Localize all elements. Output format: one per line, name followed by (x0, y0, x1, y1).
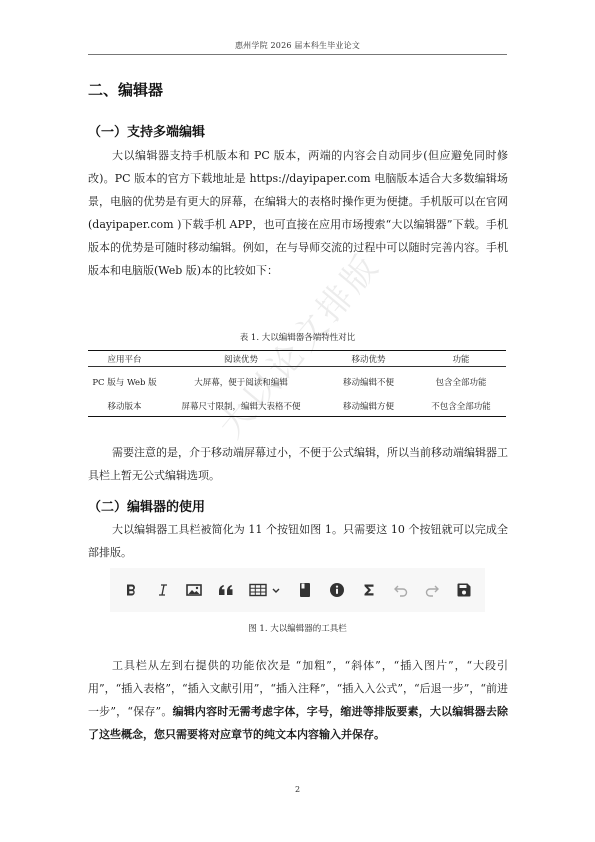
table-row: PC 版与 Web 版 大屏幕，便于阅读和编辑 移动编辑不便 包含全部功能 (88, 367, 506, 400)
subsection-heading-1: （一）支持多端编辑 (88, 121, 205, 140)
editor-toolbar-figure (110, 568, 485, 612)
table-row: 移动版本 屏幕尺寸限制，编辑大表格不便 移动编辑方便 不包含全部功能 (88, 399, 506, 417)
table-icon (247, 579, 285, 601)
table-cell: 移动版本 (88, 399, 161, 417)
table-cell: 移动编辑不便 (321, 367, 416, 400)
table-header-row: 应用平台 阅读优势 移动优势 功能 (88, 351, 506, 367)
running-header: 惠州学院 2026 届本科生毕业论文 (88, 40, 507, 51)
sigma-icon (358, 579, 380, 601)
subsection-heading-2: （二）编辑器的使用 (88, 496, 205, 515)
undo-icon (390, 579, 412, 601)
table-cell: 大屏幕，便于阅读和编辑 (161, 367, 321, 400)
table-cell: 不包含全部功能 (416, 399, 506, 417)
table-cell: 包含全部功能 (416, 367, 506, 400)
paragraph-toolbar-functions: 工具栏从左到右提供的功能依次是 “加粗”，“斜体”，“插入图片”，“大段引用”，… (88, 654, 508, 746)
page-number: 2 (88, 785, 507, 794)
info-icon (326, 579, 348, 601)
table-cell: 屏幕尺寸限制，编辑大表格不便 (161, 399, 321, 417)
table-header-cell: 阅读优势 (161, 351, 321, 367)
save-icon (453, 579, 475, 601)
table-cell: 移动编辑方便 (321, 399, 416, 417)
quote-icon (215, 579, 237, 601)
table-cell: PC 版与 Web 版 (88, 367, 161, 400)
bookmark-icon (294, 579, 316, 601)
paragraph-toolbar-intro: 大以编辑器工具栏被简化为 11 个按钮如图 1。只需要这 10 个按钮就可以完成… (88, 518, 508, 564)
paragraph-mobile-note: 需要注意的是，介于移动端屏幕过小，不便于公式编辑，所以当前移动端编辑器工具栏上暂… (88, 441, 508, 487)
redo-icon (421, 579, 443, 601)
table-caption: 表 1. 大以编辑器各端特性对比 (88, 331, 507, 343)
table-header-cell: 移动优势 (321, 351, 416, 367)
table-header-cell: 应用平台 (88, 351, 161, 367)
image-icon (183, 579, 205, 601)
italic-icon (152, 579, 174, 601)
header-rule (88, 54, 507, 55)
paragraph-multi-platform: 大以编辑器支持手机版本和 PC 版本，两端的内容会自动同步(但应避免同时修改)。… (88, 144, 508, 282)
section-heading: 二、编辑器 (88, 79, 163, 100)
bold-icon (120, 579, 142, 601)
comparison-table: 应用平台 阅读优势 移动优势 功能 PC 版与 Web 版 大屏幕，便于阅读和编… (88, 350, 506, 417)
figure-caption: 图 1. 大以编辑器的工具栏 (88, 622, 507, 634)
table-header-cell: 功能 (416, 351, 506, 367)
